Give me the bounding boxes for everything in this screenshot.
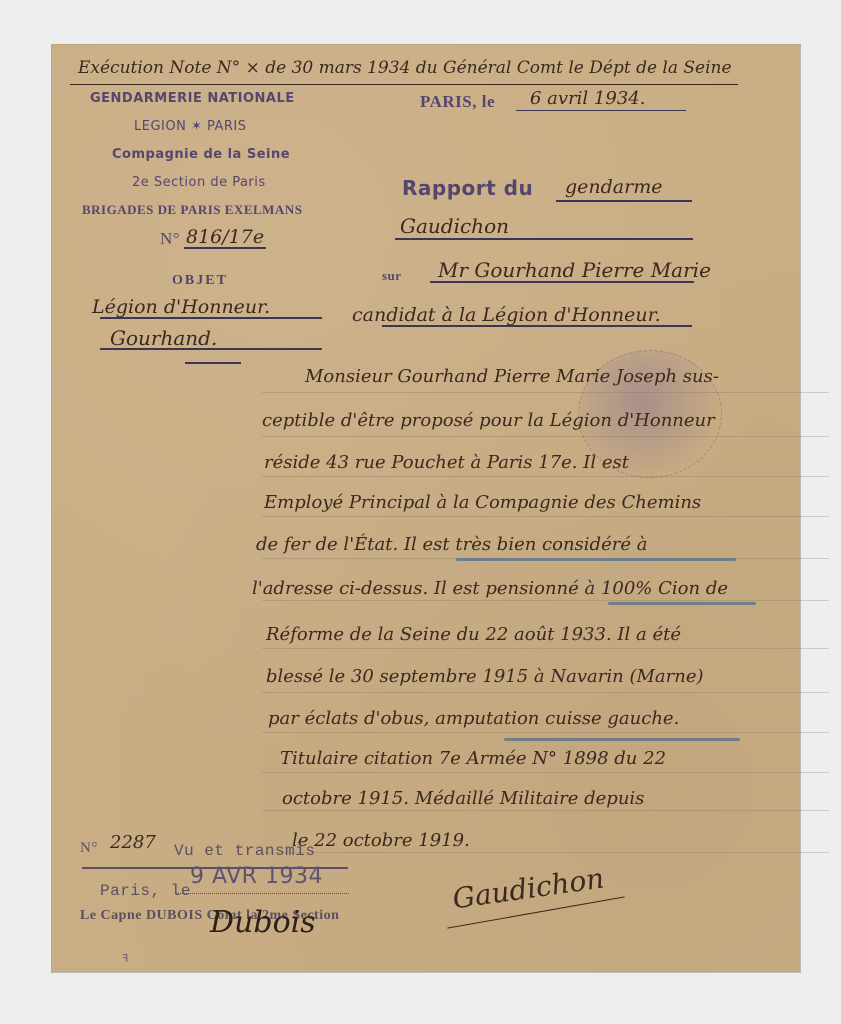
- ruled-line: [262, 772, 829, 773]
- ruled-line: [262, 436, 829, 437]
- body-line: Employé Principal à la Compagnie des Che…: [264, 492, 701, 513]
- footer-paris-label: Paris, le: [100, 882, 191, 900]
- header-note: Exécution Note N° × de 30 mars 1934 du G…: [78, 58, 732, 78]
- objet-divider: [185, 362, 241, 364]
- objet-underline-1: [100, 317, 322, 319]
- header-underline: [70, 84, 738, 85]
- name-underline: [395, 238, 693, 240]
- gendarme-name: Gaudichon: [400, 214, 509, 238]
- ruled-line: [262, 392, 829, 393]
- report-subject: Mr Gourhand Pierre Marie: [438, 258, 711, 282]
- ruled-line: [262, 810, 829, 811]
- subject-line-2-underline: [382, 325, 692, 327]
- letterhead-compagnie: Compagnie de la Seine: [112, 147, 290, 162]
- place-label: PARIS, le: [420, 92, 495, 112]
- body-line: par éclats d'obus, amputation cuisse gau…: [268, 708, 679, 729]
- report-title-rank: gendarme: [565, 176, 662, 198]
- body-line: l'adresse ci-dessus. Il est pensionné à …: [252, 578, 728, 599]
- reference-number-label: N°: [160, 229, 180, 249]
- body-line: ceptible d'être proposé pour la Légion d…: [262, 410, 715, 431]
- body-line: Réforme de la Seine du 22 août 1933. Il …: [266, 624, 681, 645]
- rank-underline: [556, 200, 692, 202]
- body-line: Titulaire citation 7e Armée N° 1898 du 2…: [280, 748, 666, 769]
- footer-dotted-line: [175, 893, 349, 894]
- ruled-line: [262, 600, 829, 601]
- document-date: 6 avril 1934.: [530, 88, 645, 109]
- folio-mark: ꟻ: [122, 952, 129, 965]
- footer-number-label: N°: [80, 840, 98, 857]
- body-line: réside 43 rue Pouchet à Paris 17e. Il es…: [264, 452, 629, 473]
- date-underline: [516, 110, 686, 111]
- letterhead-legion: LEGION ✶ PARIS: [134, 119, 247, 134]
- blue-pencil-underline: [456, 558, 736, 561]
- footer-number: 2287: [110, 832, 156, 853]
- objet-line-1: Légion d'Honneur.: [92, 296, 270, 318]
- body-line: de fer de l'État. Il est très bien consi…: [256, 534, 647, 555]
- subject-underline: [430, 281, 694, 283]
- sur-label: sur: [382, 268, 402, 284]
- ruled-line: [262, 476, 829, 477]
- letterhead-brigades: BRIGADES DE PARIS EXELMANS: [82, 202, 302, 218]
- reference-underline: [184, 247, 266, 249]
- objet-underline-2: [100, 348, 322, 350]
- report-subject-line-2: candidat à la Légion d'Honneur.: [352, 304, 661, 326]
- received-date-stamp: 9 AVR 1934: [190, 864, 323, 889]
- letterhead-gendarmerie: GENDARMERIE NATIONALE: [90, 91, 295, 106]
- ruled-line: [262, 516, 829, 517]
- letterhead-section: 2e Section de Paris: [132, 175, 266, 190]
- footer-transmis: Vu et transmis: [174, 842, 315, 860]
- blue-pencil-underline: [608, 602, 756, 605]
- ruled-line: [262, 692, 829, 693]
- objet-label: OBJET: [172, 273, 228, 289]
- reference-number: 816/17e: [186, 226, 264, 248]
- ruled-line: [262, 852, 829, 853]
- objet-line-2: Gourhand.: [110, 326, 217, 350]
- blue-pencil-underline: [504, 738, 740, 741]
- body-line: Monsieur Gourhand Pierre Marie Joseph su…: [305, 366, 719, 387]
- body-line: octobre 1915. Médaillé Militaire depuis: [282, 788, 644, 809]
- captain-signature: Dubois: [210, 905, 316, 940]
- ruled-line: [262, 648, 829, 649]
- body-line: blessé le 30 septembre 1915 à Navarin (M…: [266, 666, 704, 687]
- report-title-prefix: Rapport du: [402, 176, 533, 200]
- body-line: le 22 octobre 1919.: [292, 830, 470, 851]
- ruled-line: [262, 732, 829, 733]
